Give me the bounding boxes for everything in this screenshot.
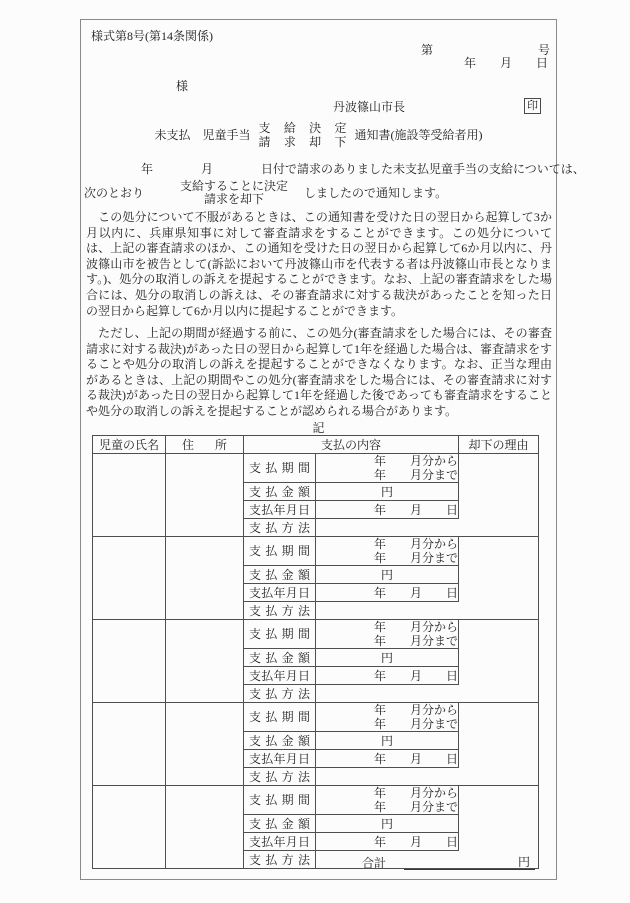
address-cell xyxy=(166,454,244,537)
title-decision-stack: 支給決定 請求却下 xyxy=(259,121,347,149)
document-number-line: 第 号 xyxy=(421,43,550,57)
title-left: 未支払 児童手当 xyxy=(154,128,250,142)
table-header-row: 児童の氏名 住所 支払の内容 却下の理由 xyxy=(93,436,539,454)
method-label-cell: 支払方法 xyxy=(244,685,316,703)
amount-label-cell: 支払金額 xyxy=(244,649,316,667)
addressee-honorific: 様 xyxy=(176,79,188,93)
pay-date-label-cell: 支払年月日 xyxy=(244,750,316,768)
total-line: 合計 円 xyxy=(81,853,535,870)
period-label-cell: 支払期間 xyxy=(244,620,316,649)
pay-date-value-cell: 年 月 日 xyxy=(316,584,459,602)
method-value-cell xyxy=(316,602,539,620)
period-label-cell: 支払期間 xyxy=(244,537,316,566)
seal-stamp: 印 xyxy=(524,98,541,114)
total-label: 合計 xyxy=(362,856,386,870)
payment-block-1: 支払期間 年 月分から年 月分まで xyxy=(93,454,539,483)
rejection-reason-cell xyxy=(459,620,539,685)
rejection-reason-cell xyxy=(459,786,539,851)
pay-date-label-cell: 支払年月日 xyxy=(244,584,316,602)
title-stack-top: 支給決定 xyxy=(259,121,347,135)
form-number: 様式第8号(第14条関係) xyxy=(91,29,213,43)
period-label-cell: 支払期間 xyxy=(244,786,316,815)
amount-value-cell: 円 xyxy=(316,815,459,833)
amount-value-cell: 円 xyxy=(316,732,459,750)
child-name-cell xyxy=(93,703,166,786)
method-label-cell: 支払方法 xyxy=(244,602,316,620)
col-header-rejection-reason: 却下の理由 xyxy=(459,436,539,454)
method-label-cell: 支払方法 xyxy=(244,519,316,537)
child-name-cell xyxy=(93,537,166,620)
document-sheet: 様式第8号(第14条関係) 第 号 年 月 日 様 丹波篠山市長 印 未支払 児… xyxy=(80,19,557,880)
issue-date-line: 年 月 日 xyxy=(464,56,548,70)
period-value-cell: 年 月分から年 月分まで xyxy=(316,620,459,649)
sender-name: 丹波篠山市長 xyxy=(333,100,405,114)
rejection-reason-cell xyxy=(459,703,539,768)
payment-block-2: 支払期間 年 月分から年 月分まで xyxy=(93,537,539,566)
period-value-cell: 年 月分から年 月分まで xyxy=(316,703,459,732)
period-label-cell: 支払期間 xyxy=(244,454,316,483)
document-title: 未支払 児童手当 支給決定 請求却下 通知書(施設等受給者用) xyxy=(81,121,556,149)
amount-label-cell: 支払金額 xyxy=(244,483,316,501)
pay-date-value-cell: 年 月 日 xyxy=(316,833,459,851)
record-mark: 記 xyxy=(81,421,556,435)
method-value-cell xyxy=(316,768,539,786)
period-value-cell: 年 月分から年 月分まで xyxy=(316,454,459,483)
address-cell xyxy=(166,537,244,620)
child-name-cell xyxy=(93,620,166,703)
period-value-cell: 年 月分から年 月分まで xyxy=(316,786,459,815)
rejection-reason-cell xyxy=(459,537,539,602)
notice-line1: 年 月 日付で請求のありました未支払児童手当の支給については、 xyxy=(141,162,585,176)
payment-table: 児童の氏名 住所 支払の内容 却下の理由 支払期間 年 月分から年 月分まで 支… xyxy=(92,435,539,869)
col-header-child-name: 児童の氏名 xyxy=(93,436,166,454)
amount-label-cell: 支払金額 xyxy=(244,815,316,833)
total-unit: 円 xyxy=(518,855,530,869)
notice-line2: 次のとおり 支給することに決定 請求を却下 しましたので通知します。 xyxy=(84,180,447,206)
amount-label-cell: 支払金額 xyxy=(244,732,316,750)
amount-value-cell: 円 xyxy=(316,483,459,501)
pay-date-label-cell: 支払年月日 xyxy=(244,501,316,519)
pay-date-value-cell: 年 月 日 xyxy=(316,667,459,685)
notice-prefix: 次のとおり xyxy=(84,186,144,200)
amount-label-cell: 支払金額 xyxy=(244,566,316,584)
address-cell xyxy=(166,620,244,703)
title-right: 通知書(施設等受給者用) xyxy=(355,128,483,142)
rejection-reason-cell xyxy=(459,454,539,519)
amount-value-cell: 円 xyxy=(316,649,459,667)
title-stack-bottom: 請求却下 xyxy=(259,135,347,149)
child-name-cell xyxy=(93,454,166,537)
total-amount-field: 円 xyxy=(404,853,535,870)
appeal-paragraph: この処分について不服があるときは、この通知書を受けた日の翌日から起算して3か月以… xyxy=(86,210,552,319)
lawsuit-paragraph: ただし、上記の期間が経過する前に、この処分(審査請求をした場合には、その審査請求… xyxy=(86,326,552,420)
pay-date-label-cell: 支払年月日 xyxy=(244,833,316,851)
document-number-suffix: 号 xyxy=(538,43,550,57)
period-label-cell: 支払期間 xyxy=(244,703,316,732)
payment-block-3: 支払期間 年 月分から年 月分まで xyxy=(93,620,539,649)
method-value-cell xyxy=(316,519,539,537)
pay-date-label-cell: 支払年月日 xyxy=(244,667,316,685)
document-number-prefix: 第 xyxy=(421,43,433,57)
pay-date-value-cell: 年 月 日 xyxy=(316,750,459,768)
payment-block-4: 支払期間 年 月分から年 月分まで xyxy=(93,703,539,732)
notice-stack-bottom: 請求を却下 xyxy=(180,193,288,206)
method-value-cell xyxy=(316,685,539,703)
notice-suffix: しましたので通知します。 xyxy=(304,186,447,200)
payment-block-5: 支払期間 年 月分から年 月分まで xyxy=(93,786,539,815)
col-header-payment-content: 支払の内容 xyxy=(244,436,459,454)
address-cell xyxy=(166,703,244,786)
pay-date-value-cell: 年 月 日 xyxy=(316,501,459,519)
page: { "colors": { "text": "#1e1e1e", "line":… xyxy=(0,0,630,903)
period-value-cell: 年 月分から年 月分まで xyxy=(316,537,459,566)
amount-value-cell: 円 xyxy=(316,566,459,584)
notice-decision-stack: 支給することに決定 請求を却下 xyxy=(180,180,288,206)
col-header-address: 住所 xyxy=(166,436,244,454)
method-label-cell: 支払方法 xyxy=(244,768,316,786)
